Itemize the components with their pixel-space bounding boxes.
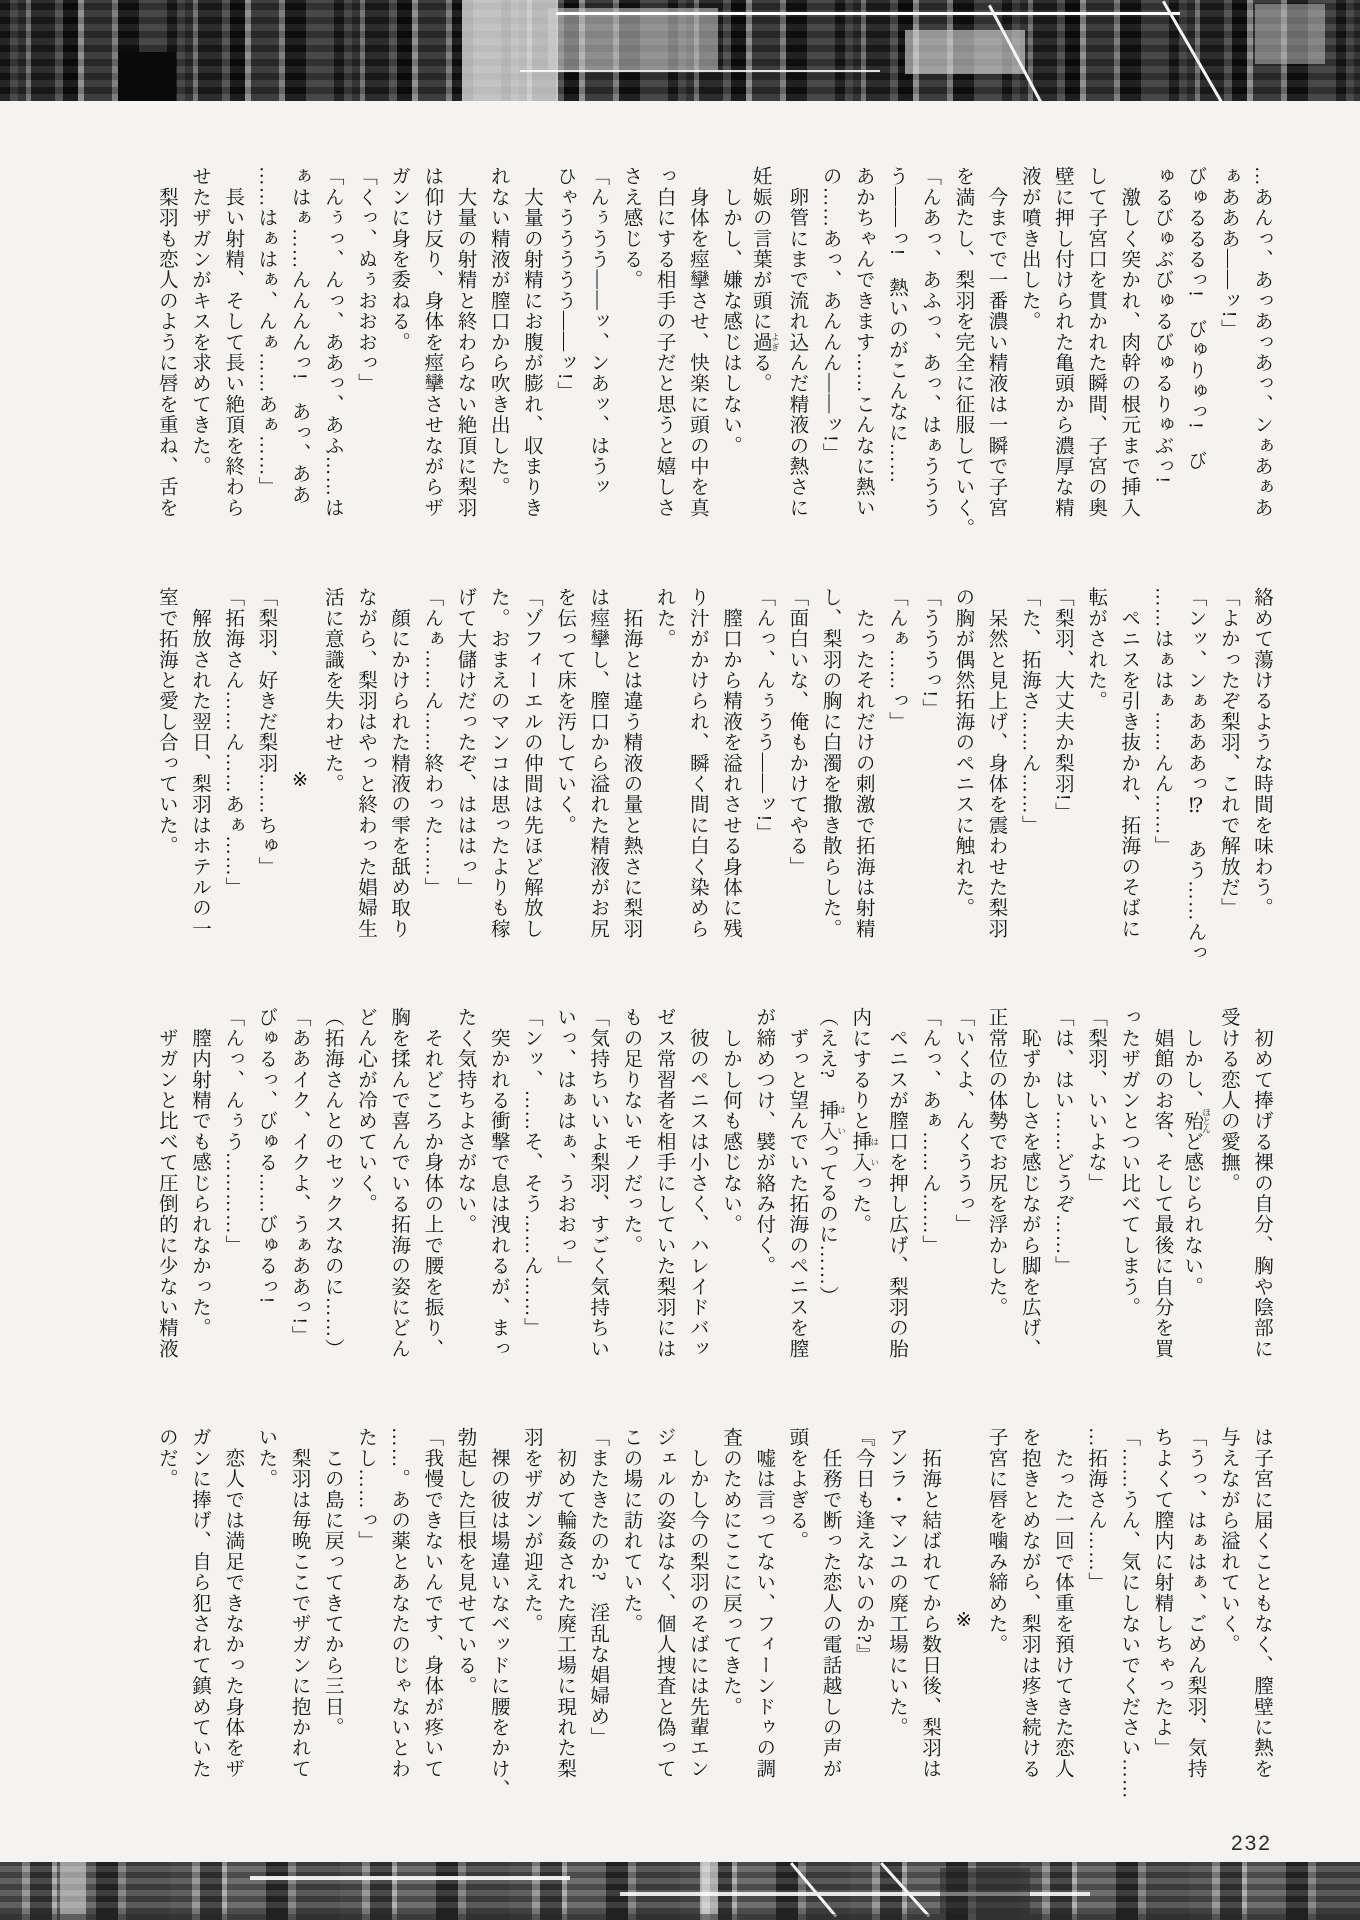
text-column: 「んあっ、あふっ、あっ、はぁううう [913,166,946,552]
text-column: しかし、殆ほとんど感じられない。 [1178,1007,1211,1393]
text-column: 活に意識を失わせた。 [316,587,349,973]
text-column: ペニスを引き抜かれ、拓海のそばに [1112,587,1145,973]
text-column: 大量の射精と終わらない絶頂に梨羽 [448,166,481,552]
text-column: 「面白いな、俺もかけてやる」 [780,587,813,973]
text-column: しかし何も感じない。 [714,1007,747,1393]
text-column: れない精液が膣口から吹き出した。 [482,166,515,552]
text-column: あかちゃんできます……こんなに熱い [847,166,880,552]
glitch-dark-edge [0,1914,1360,1920]
text-column: 内にするりと挿入はいった。 [847,1007,880,1393]
text-column: 「んぁ……ん……終わった……」 [415,587,448,973]
text-column: ずっと望んでいた拓海のペニスを膣 [780,1007,813,1393]
text-column: たった一回で体重を預けてきた恋人 [1046,1427,1079,1813]
text-column: たったそれだけの刺激で拓海は射精 [847,587,880,973]
text-column: 拓海と結ばれてから数日後、梨羽は [913,1427,946,1813]
text-column: う――っ! 熱いのがこんなに…… [880,166,913,552]
text-column: 突かれる衝撃で息は洩れるが、まっ [482,1007,515,1393]
text-column: 『今日も逢えないのか?』 [847,1427,880,1813]
glitch-light-block [60,1862,86,1920]
text-column: ……はぁはぁ……んん……」 [1145,587,1178,973]
glitch-light-block [548,8,718,70]
text-column: 大量の射精にお腹が膨れ、収まりき [515,166,548,552]
text-column: この島に戻ってきてから三日。 [316,1427,349,1813]
text-column: 任務で断った恋人の電話越しの声が [813,1427,846,1813]
text-column: いた。 [249,1427,282,1813]
glitch-diagonal-line [1162,1,1226,102]
text-column: 梨羽は毎晩ここでザガンに抱かれて [282,1427,315,1813]
text-column: 妊娠の言葉が頭に過よぎる。 [747,166,780,552]
footer-glitch-art [0,1862,1360,1920]
text-column: たく気持ちよさがない。 [448,1007,481,1393]
text-column: 激しく突かれ、肉幹の根元まで挿入 [1112,166,1145,552]
text-column: それどころか身体の上で腰を振り、 [415,1007,448,1393]
text-column: ゅるびゅぶびゅるびゅるりゅぶっ! [1145,166,1178,552]
text-column: 「またきたのか? 淫乱な娼婦め」 [581,1427,614,1813]
text-column: の……あっ、あんんん――ッ!」 [813,166,846,552]
text-column: 「梨羽、大丈夫か梨羽!」 [1046,587,1079,973]
text-column: ったザガンとつい比べてしまう。 [1112,1007,1145,1393]
text-column: が締めつけ、襞が絡み付く。 [747,1007,780,1393]
text-column: たし……っ」 [349,1427,382,1813]
text-column: 解放された翌日、梨羽はホテルの一 [183,587,216,973]
glitch-white-line [556,12,1180,15]
text-column: （ええ? 挿入はいってるのに……） [813,1007,846,1393]
text-column: ガンに捧げ、自ら犯されて鎮めていた [183,1427,216,1813]
text-column: 正常位の体勢でお尻を浮かした。 [979,1007,1012,1393]
text-column: 「んっ、んぅうう――ッ!」 [747,587,780,973]
text-column: ジェルの姿はなく、個人捜査と偽って [647,1427,680,1813]
text-column: 勃起した巨根を見せている。 [448,1427,481,1813]
text-column: 「うううっ!」 [913,587,946,973]
text-column: 「ああイク、イクよ、うぁああっ!」 [282,1007,315,1393]
text-column: しかし今の梨羽のそばには先輩エン [681,1427,714,1813]
text-column: 「梨羽、いいよな」 [1079,1007,1112,1393]
glitch-highlight-column [462,0,558,101]
text-column: びゅるるるっ! びゅりゅっ! び [1178,166,1211,552]
text-column: 頭をよぎる。 [780,1427,813,1813]
text-column: いっ、はぁはぁ、うおおっ」 [548,1007,581,1393]
text-column: は痙攣し、膣口から溢れた精液がお尻 [581,587,614,973]
text-column: 顔にかけられた精液の雫を舐め取り [382,587,415,973]
text-column: を伝って床を汚していく。 [548,587,581,973]
text-column: せたザガンがキスを求めてきた。 [183,166,216,552]
text-column: 「んぅっ、んっ、ああっ、あふ……は [316,166,349,552]
text-column: 「んぅうう――ッ、ンあッ、はうッ [581,166,614,552]
text-column: 「んっ、んぅう…………」 [216,1007,249,1393]
text-band-4: は子宮に届くこともなく、膣壁に熱を与えながら溢れていく。「うっ、はぁはぁ、ごめん… [149,1427,1278,1813]
text-column: 受ける恋人の愛撫。 [1212,1007,1245,1393]
text-column: 恥ずかしさを感じながら脚を広げ、 [1013,1007,1046,1393]
text-column: 卵管にまで流れ込んだ精液の熱さに [780,166,813,552]
text-column: 「我慢できないんです、身体が疼いて [415,1427,448,1813]
text-band-3: 初めて捧げる裸の自分、胸や陰部に受ける恋人の愛撫。 しかし、殆ほとんど感じられな… [149,1007,1278,1393]
glitch-dark-block [118,52,176,101]
text-column: 「た、拓海さ……ん……」 [1013,587,1046,973]
text-column: の胸が偶然拓海のペニスに触れた。 [946,587,979,973]
text-column: のだ。 [150,1427,183,1813]
text-column: ながら、梨羽はやっと終わった娼婦生 [349,587,382,973]
text-column: して子宮口を貫かれた瞬間、子宮の奥 [1079,166,1112,552]
text-band-1: …あんっ、あっあっあっ、ンぁあぁあぁあああ――ッ!」びゅるるるっ! びゅりゅっ!… [149,166,1278,552]
page-number: 232 [1231,1832,1272,1856]
scene-break-marker: ※ [282,587,315,973]
text-column: 娼館のお客、そして最後に自分を買 [1145,1007,1178,1393]
glitch-diagonal-line [790,1862,837,1918]
text-column: ガンに身を委ねる。 [382,166,415,552]
text-column: 「ンッ、……そ、そう……ん……」 [515,1007,548,1393]
text-column: しかし、嫌な感じはしない。 [714,166,747,552]
text-column: を抱きとめながら、梨羽は疼き続ける [1013,1427,1046,1813]
text-column: ペニスが膣口を押し広げ、梨羽の胎 [880,1007,913,1393]
text-column: ……。あの薬とあなたのじゃないとわ [382,1427,415,1813]
text-column: ……はぁはぁ、んぁ……あぁ……」 [249,166,282,552]
text-column: 与えながら溢れていく。 [1212,1427,1245,1813]
text-column: 「んぁ……っ」 [880,587,913,973]
text-column: びゅるっ、びゅる……びゅるっ! [249,1007,282,1393]
text-column: 査のためにここに戻ってきた。 [714,1427,747,1813]
text-column: 子宮に唇を噛み締めた。 [979,1427,1012,1813]
text-column: 「くっ、ぬぅおおおっ」 [349,166,382,552]
header-glitch-art [0,0,1360,101]
scanned-novel-page: { "page_number": "232", "decorations": {… [0,0,1360,1920]
text-column: 長い射精、そして長い絶頂を終わら [216,166,249,552]
text-column: 今までで一番濃い精液は一瞬で子宮 [979,166,1012,552]
text-column: …拓海さん……」 [1079,1427,1112,1813]
text-column: 拓海とは違う精液の量と熱さに梨羽 [614,587,647,973]
text-column: 「は、はい……どうぞ……」 [1046,1007,1079,1393]
text-column: 「んっ、あぁ……ん……」 [913,1007,946,1393]
text-column: っ白にする相手の子だと思うと嬉しさ [647,166,680,552]
text-column: 「ゾフィーエルの仲間は先ほど解放し [515,587,548,973]
text-column: 呆然と見上げ、身体を震わせた梨羽 [979,587,1012,973]
text-column: 「よかったぞ梨羽、これで解放だ」 [1212,587,1245,973]
text-column: 胸を揉んで喜んでいる拓海の姿にどん [382,1007,415,1393]
text-column: ひゃううううう――ッ!」 [548,166,581,552]
text-column: げて大儲けだったぞ、はははっ」 [448,587,481,973]
glitch-light-block [700,1862,718,1920]
text-column: ちよくて膣内に射精しちゃったよ」 [1145,1427,1178,1813]
text-column: 膣内射精でも感じられなかった。 [183,1007,216,1393]
text-column: 「ンッ、ンぁあああっ⁉ あう……んっ [1178,587,1211,973]
glitch-diagonal-line [880,1862,930,1918]
text-column: り汁がかけられ、瞬く間に白く染めら [681,587,714,973]
text-column: 膣口から精液を溢れさせる身体に残 [714,587,747,973]
text-column: 「気持ちいいよ梨羽、すごく気持ちい [581,1007,614,1393]
text-column: は仰け反り、身体を痙攣させながらザ [415,166,448,552]
text-column: 室で拓海と愛し合っていた。 [150,587,183,973]
text-column: 恋人では満足できなかった身体をザ [216,1427,249,1813]
text-column: 転がされた。 [1079,587,1112,973]
text-column: 「拓海さん……ん……あぁ……」 [216,587,249,973]
text-column: 初めて輪姦された廃工場に現れた梨 [548,1427,581,1813]
text-column: ザガンと比べて圧倒的に少ない精液 [150,1007,183,1393]
text-column: ゼス常習者を相手にしていた梨羽には [647,1007,680,1393]
text-column: 絡めて蕩けるような時間を味わう。 [1245,587,1278,973]
text-column: ぁはぁ……んんんんっ! あっ、ああ [282,166,315,552]
text-column: を満たし、梨羽を完全に征服していく。 [946,166,979,552]
text-column: 羽をザガンが迎えた。 [515,1427,548,1813]
text-column: 液が噴き出した。 [1013,166,1046,552]
text-column: …あんっ、あっあっあっ、ンぁあぁあ [1245,166,1278,552]
text-column: この場に訪れていた。 [614,1427,647,1813]
text-column: 梨羽も恋人のように唇を重ね、舌を [150,166,183,552]
text-column: 「うっ、はぁはぁ、ごめん梨羽、気持 [1178,1427,1211,1813]
text-column: は子宮に届くこともなく、膣壁に熱を [1245,1427,1278,1813]
text-column: た。おまえのマンコは思ったよりも稼 [482,587,515,973]
text-column: 「梨羽、好きだ梨羽……ちゅ」 [249,587,282,973]
text-column: れた。 [647,587,680,973]
text-column: （拓海さんとのセックスなのに……） [316,1007,349,1393]
glitch-white-line [250,1876,570,1880]
text-column: 嘘は言ってない、フィーンドゥの調 [747,1427,780,1813]
text-column: 初めて捧げる裸の自分、胸や陰部に [1245,1007,1278,1393]
text-column: さえ感じる。 [614,166,647,552]
glitch-light-block [1255,4,1325,64]
text-column: アンラ・マンユの廃工場にいた。 [880,1427,913,1813]
text-column: ぁあああ――ッ!」 [1212,166,1245,552]
glitch-dark-block [940,1868,1030,1914]
text-band-2: 絡めて蕩けるような時間を味わう。「よかったぞ梨羽、これで解放だ」「ンッ、ンぁああ… [149,587,1278,973]
text-column: もの足りないモノだった。 [614,1007,647,1393]
text-column: どん心が冷めていく。 [349,1007,382,1393]
text-column: 「いくよ、んくううっ」 [946,1007,979,1393]
text-column: 壁に押し付けられた亀頭から濃厚な精 [1046,166,1079,552]
text-column: 彼のペニスは小さく、ハレイドバッ [681,1007,714,1393]
text-column: 身体を痙攣させ、快楽に頭の中を真 [681,166,714,552]
glitch-white-line [520,70,880,72]
text-column: 裸の彼は場違いなベッドに腰をかけ、 [482,1427,515,1813]
scene-break-marker: ※ [946,1427,979,1813]
text-column: 「……うん、気にしないでください…… [1112,1427,1145,1813]
text-column: し、梨羽の胸に白濁を撒き散らした。 [813,587,846,973]
